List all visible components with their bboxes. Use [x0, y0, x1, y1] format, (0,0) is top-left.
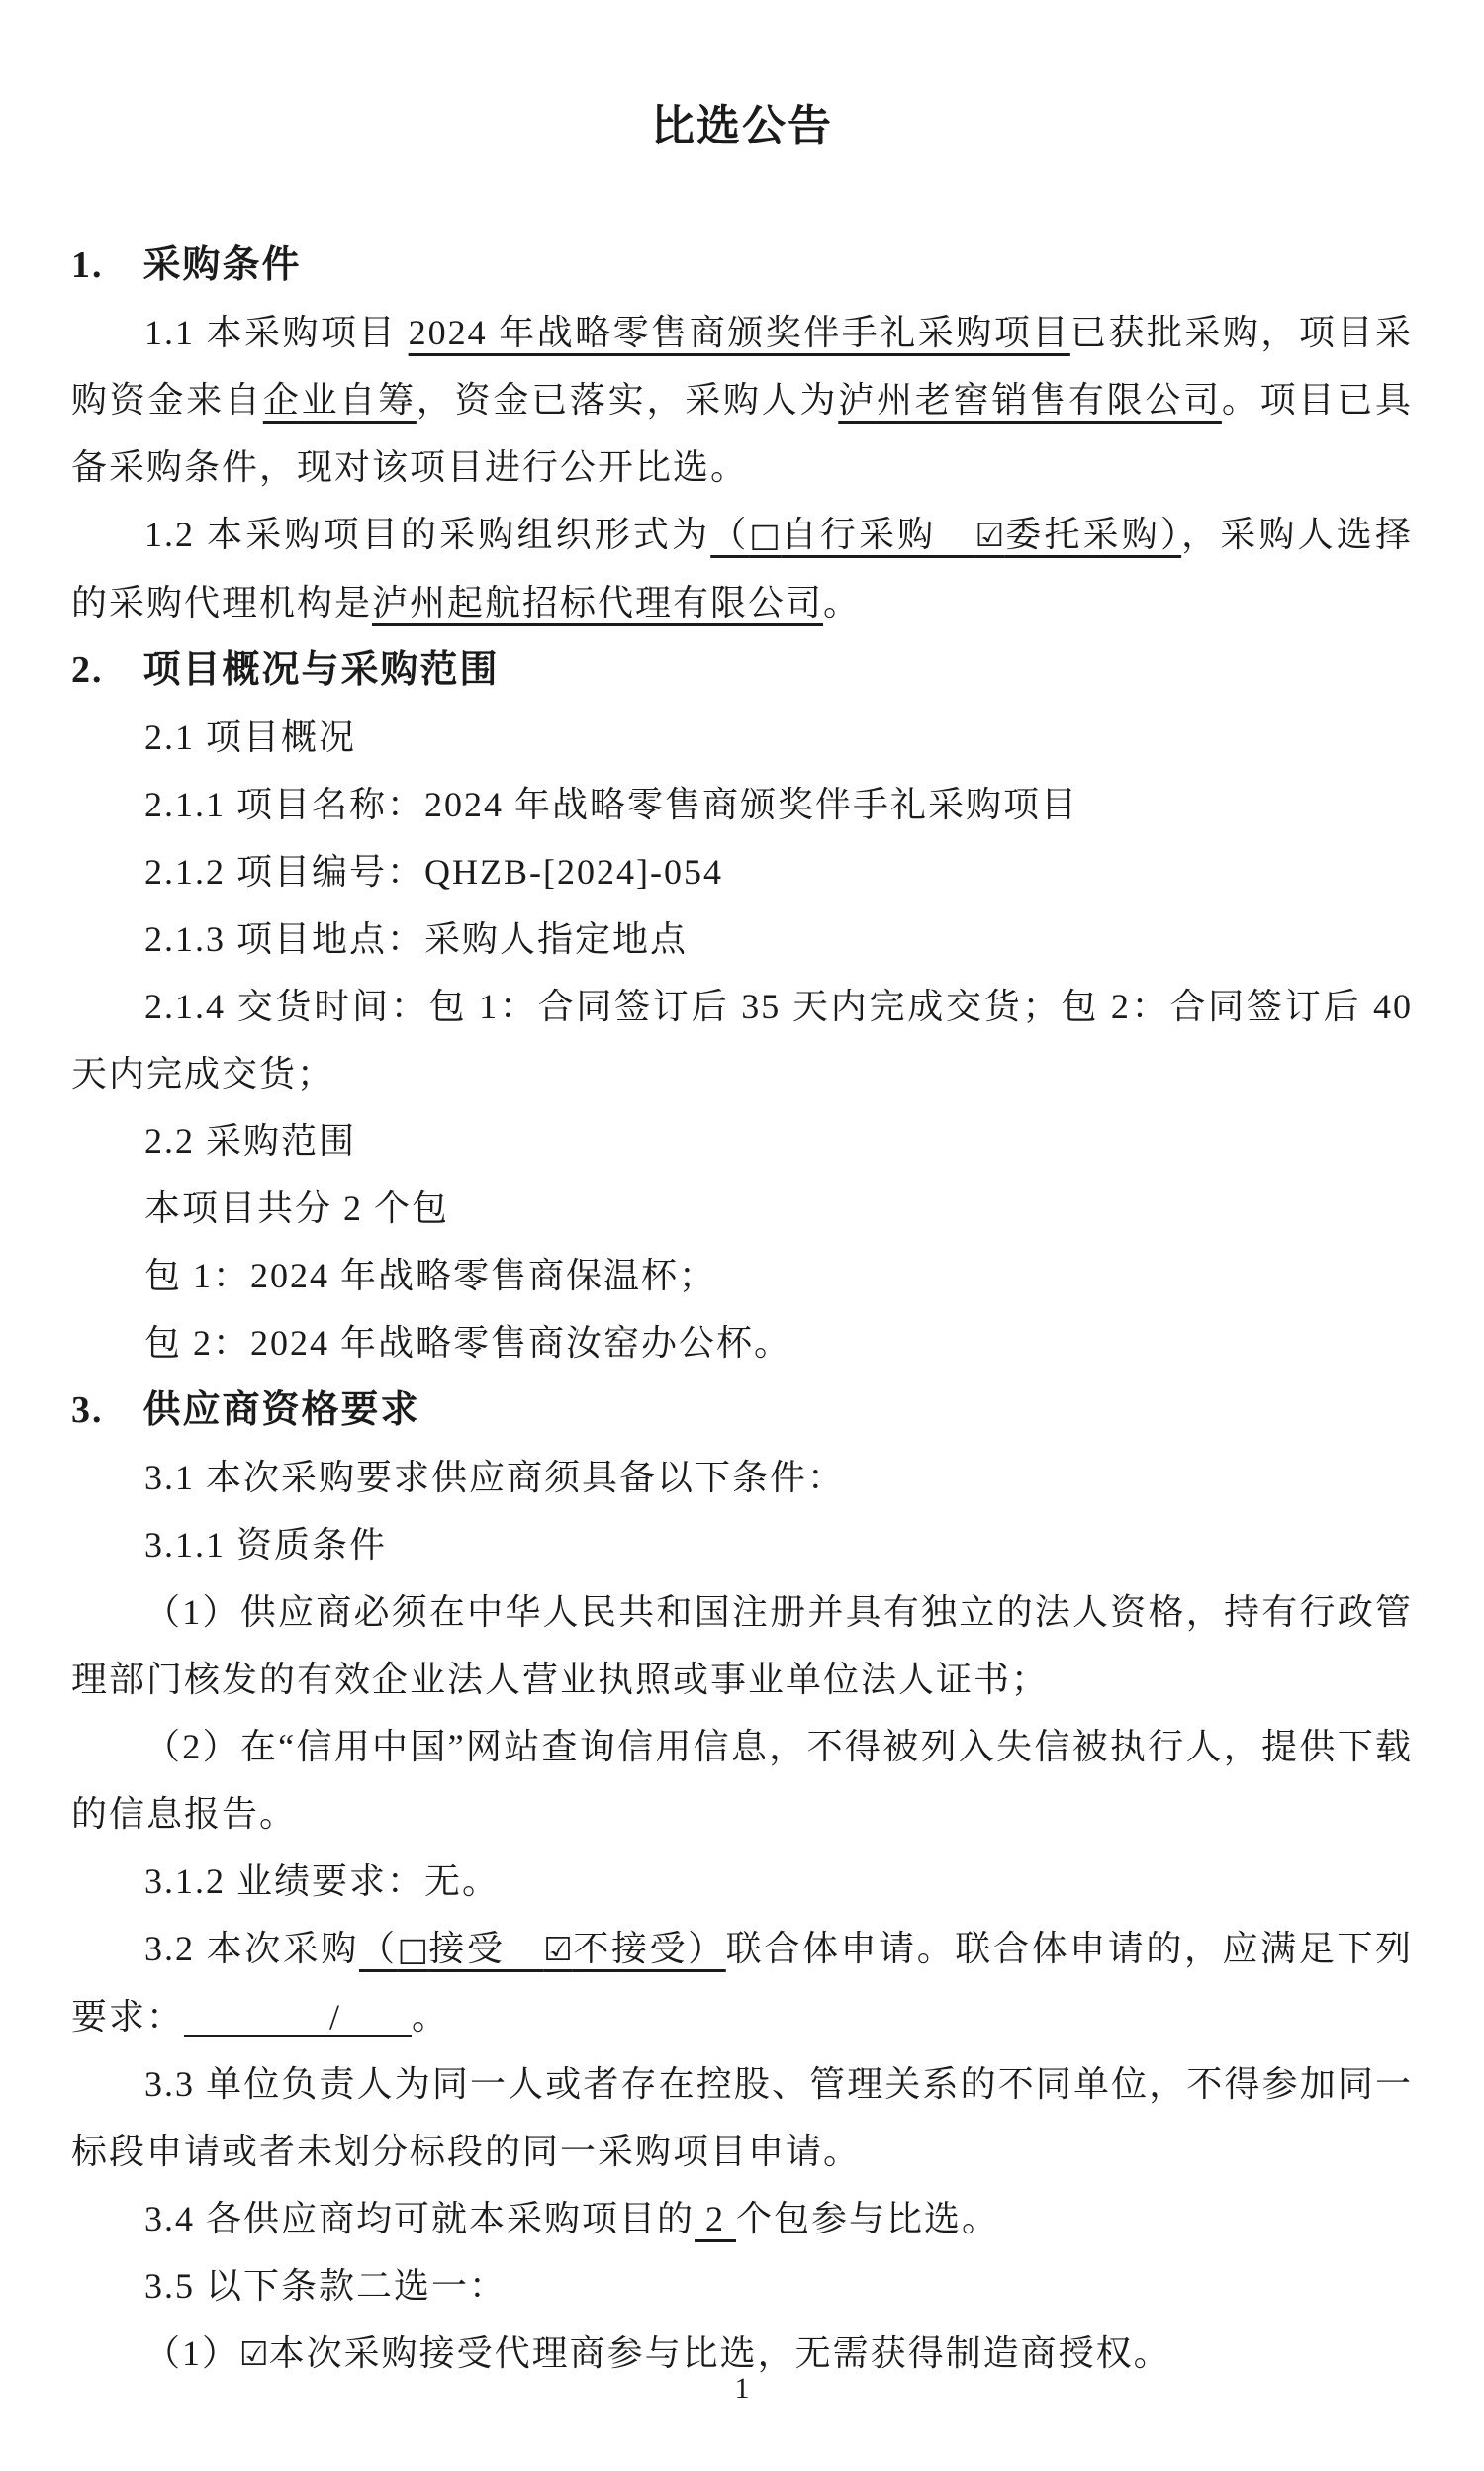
section-1-heading: 1. 采购条件 — [71, 232, 1413, 299]
clause-3-2-end: 。 — [412, 1997, 449, 2037]
package-1-line: 包 1：2024 年战略零售商保温杯； — [71, 1242, 1413, 1309]
clause-3-4: 3.4 各供应商均可就本采购项目的 2 个包参与比选。 — [71, 2185, 1413, 2252]
clause-3-5: 3.5 以下条款二选一： — [71, 2252, 1413, 2320]
clause-2-1-1: 2.1.1 项目名称：2024 年战略零售商颁奖伴手礼采购项目 — [71, 771, 1413, 838]
clause-3-4-end: 个包参与比选。 — [736, 2199, 999, 2238]
paren-open: （ — [710, 515, 749, 554]
entrust-label: 委托采购） — [1004, 515, 1181, 554]
clause-3-5-option-1-end: 本次采购接受代理商参与比选，无需获得制造商授权。 — [269, 2333, 1171, 2373]
package-2-line: 包 2：2024 年战略零售商汝窑办公杯。 — [71, 1309, 1413, 1377]
package-count-line: 本项目共分 2 个包 — [71, 1175, 1413, 1242]
clause-1-2: 1.2 本采购项目的采购组织形式为（□自行采购 ☑委托采购），采购人选择的采购代… — [71, 501, 1413, 636]
clause-2-2: 2.2 采购范围 — [71, 1107, 1413, 1175]
clause-3-1-2: 3.1.2 业绩要求：无。 — [71, 1848, 1413, 1915]
self-procure-label: 自行采购 — [782, 515, 975, 554]
document-content: 比选公告 1. 采购条件 1.1 本采购项目 2024 年战略零售商颁奖伴手礼采… — [71, 0, 1413, 2388]
reject-label: 不接受） — [573, 1929, 726, 1968]
accept-label: 接受 — [428, 1929, 543, 1968]
clause-3-3: 3.3 单位负责人为同一人或者存在控股、管理关系的不同单位，不得参加同一标段申请… — [71, 2050, 1413, 2185]
clause-1-1-pre: 1.1 本采购项目 — [144, 313, 409, 352]
clause-3-1-1-item-1: （1）供应商必须在中华人民共和国注册并具有独立的法人资格，持有行政管理部门核发的… — [71, 1578, 1413, 1713]
funding-source-underlined: 企业自筹 — [263, 380, 417, 420]
clause-3-1: 3.1 本次采购要求供应商须具备以下条件： — [71, 1444, 1413, 1511]
fill-in-blank: / — [184, 1999, 412, 2037]
checkbox-unchecked-self-procure-icon: □ — [749, 516, 781, 554]
agency-name-underlined: 泸州起航招标代理有限公司 — [372, 583, 823, 622]
section-3-heading: 3. 供应商资格要求 — [71, 1377, 1413, 1444]
checkbox-checked-entrust-icon: ☑ — [975, 516, 1005, 554]
clause-1-2-pre: 1.2 本采购项目的采购组织形式为 — [144, 515, 710, 554]
clause-2-1-3: 2.1.3 项目地点：采购人指定地点 — [71, 905, 1413, 973]
clause-1-1: 1.1 本采购项目 2024 年战略零售商颁奖伴手礼采购项目已获批采购，项目采购… — [71, 299, 1413, 501]
clause-3-1-1-item-2: （2）在“信用中国”网站查询信用信息，不得被列入失信被执行人，提供下载的信息报告… — [71, 1713, 1413, 1848]
clause-3-1-1: 3.1.1 资质条件 — [71, 1511, 1413, 1578]
document-page: 比选公告 1. 采购条件 1.1 本采购项目 2024 年战略零售商颁奖伴手礼采… — [0, 0, 1484, 2471]
purchaser-name-underlined: 泸州老窖销售有限公司 — [838, 380, 1222, 420]
clause-1-1-mid2: ，资金已落实，采购人为 — [417, 380, 838, 420]
clause-3-5-option-1-pre: （1） — [144, 2333, 239, 2373]
consortium-option-underlined: （□接受 ☑不接受） — [359, 1929, 726, 1968]
clause-3-2: 3.2 本次采购（□接受 ☑不接受）联合体申请。联合体申请的，应满足下列要求：/… — [71, 1915, 1413, 2050]
project-name-underlined: 2024 年战略零售商颁奖伴手礼采购项目 — [409, 313, 1070, 352]
checkbox-unchecked-accept-icon: □ — [398, 1930, 429, 1968]
package-number-underlined: 2 — [695, 2199, 736, 2238]
checkbox-checked-reject-icon: ☑ — [543, 1930, 573, 1968]
clause-3-4-pre: 3.4 各供应商均可就本采购项目的 — [144, 2199, 695, 2238]
checkbox-checked-agent-icon: ☑ — [239, 2334, 269, 2373]
clause-3-2-pre: 3.2 本次采购 — [144, 1929, 359, 1968]
clause-2-1-4: 2.1.4 交货时间：包 1：合同签订后 35 天内完成交货；包 2：合同签订后… — [71, 973, 1413, 1107]
document-body: 1. 采购条件 1.1 本采购项目 2024 年战略零售商颁奖伴手礼采购项目已获… — [71, 232, 1413, 2388]
clause-1-2-end: 。 — [823, 583, 861, 622]
clause-2-1: 2.1 项目概况 — [71, 704, 1413, 771]
paren-open: （ — [359, 1929, 398, 1968]
page-number: 1 — [0, 2372, 1484, 2406]
section-2-heading: 2. 项目概况与采购范围 — [71, 636, 1413, 704]
procure-form-underlined: （□自行采购 ☑委托采购） — [710, 515, 1181, 554]
document-title: 比选公告 — [71, 95, 1413, 158]
clause-2-1-2: 2.1.2 项目编号：QHZB-[2024]-054 — [71, 838, 1413, 905]
